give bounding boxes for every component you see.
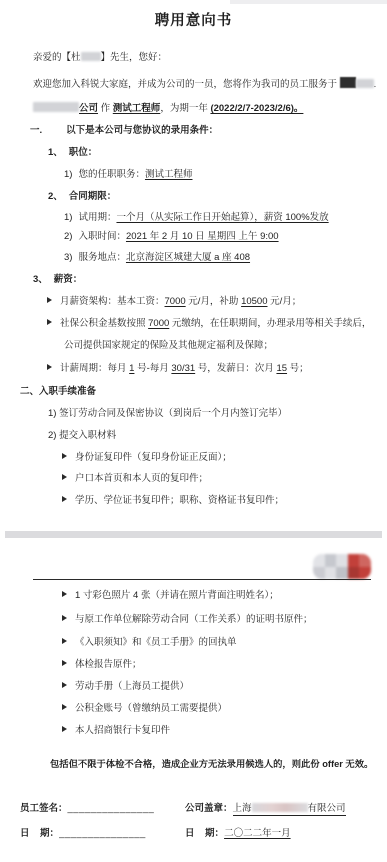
invalidation-note-text: 包括但不限于体检不合格，造成企业方无法录用候选人的，则此份 offer 无效。	[50, 759, 373, 769]
role-name: 测试工程师	[113, 103, 161, 114]
probation-value: 一个月（从实际工作日开始起算），薪资 100%发放	[116, 212, 328, 223]
section-1-number: 一.	[30, 125, 42, 136]
term-number: 2、	[48, 191, 63, 202]
welcome-text: 欢迎您加入科锐大家庭，并成为公司的一员，您将作为我司的员工服务于	[33, 79, 340, 90]
company-seal-label: 公司盖章：	[185, 803, 233, 814]
doc-item-text: 《入职须知》和《员工手册》的回执单	[75, 637, 237, 648]
paycycle-mid1: 号-每月	[134, 363, 171, 374]
list-item: 1 寸彩色照片 4 张（并请在照片背面注明姓名）；	[62, 590, 279, 602]
work-location-value: 北京海淀区城建大厦 a 座 408	[126, 252, 250, 263]
salary-post: 元/月；	[268, 296, 302, 307]
redacted-company-name	[252, 803, 308, 812]
company-name-prefix: 上海	[233, 803, 252, 814]
redacted-client-name-light	[356, 79, 374, 88]
item-label: 您的任职职务：	[72, 169, 145, 180]
arrow-bullet-icon	[62, 704, 67, 710]
employee-date-row: 日 期：_______________	[20, 828, 146, 840]
arrow-bullet-icon	[47, 319, 52, 325]
arrow-bullet-icon	[62, 496, 67, 502]
arrow-bullet-icon	[62, 682, 67, 688]
welcome-line: 欢迎您加入科锐大家庭，并成为公司的一员，您将作为我司的员工服务于 .	[33, 77, 376, 91]
section-2-title: 入职手续准备	[39, 386, 96, 397]
insurance-pre: 社保公积金基数按照	[60, 318, 148, 329]
item-label: 入职时间：	[72, 231, 126, 242]
company-name-suffix: 有限公司	[308, 803, 346, 814]
arrow-bullet-icon	[62, 453, 67, 459]
pay-cycle-item: 计薪周期：每月 1 号-每月 30/31 号，发薪日：次月 15 号；	[47, 363, 309, 375]
term-title: 合同期限：	[63, 191, 117, 202]
list-item: 身份证复印件（复印身份证正反面）；	[62, 452, 232, 464]
company-date-value: 二〇二二年一月	[224, 828, 291, 839]
invalidation-note: 包括但不限于体检不合格，造成企业方无法录用候选人的，则此份 offer 无效。	[50, 758, 375, 770]
redacted-recipient-name	[81, 52, 101, 61]
prep-item-1: 1) 签订劳动合同及保密协议（到岗后一个月内签订完毕）	[48, 408, 287, 420]
greeting-prefix: 亲爱的【杜	[33, 52, 81, 63]
salary-heading: 3、薪资：	[33, 274, 82, 286]
probation-item: 1)试用期：一个月（从实际工作日开始起算），薪资 100%发放	[64, 212, 329, 224]
prep-2-text: 2) 提交入职材料	[48, 430, 116, 441]
company-logo-redacted	[313, 554, 371, 579]
list-item: 本人招商银行卡复印件	[62, 725, 170, 737]
doc-item-text: 与原工作单位解除劳动合同（工作关系）的证明书原件；	[75, 614, 313, 625]
section-1-heading: 一.以下是本公司与您协议的录用条件：	[30, 125, 218, 137]
company-date-label: 日 期：	[185, 828, 224, 839]
doc-item-text: 身份证复印件（复印身份证正反面）；	[75, 452, 232, 463]
company-seal-row: 公司盖章：上海有限公司	[185, 803, 346, 815]
salary-number: 3、	[33, 274, 48, 285]
engagement-mid2: ，为期一年	[160, 103, 210, 114]
salary-mid: 元/月，补助	[186, 296, 241, 307]
job-title-value: 测试工程师	[145, 169, 193, 180]
section-2-number: 二、	[20, 386, 39, 397]
page-title: 聘用意向书	[0, 9, 387, 30]
contract-period: (2022/2/7-2023/2/6)。	[210, 103, 303, 114]
doc-item-text: 本人招商银行卡复印件	[75, 725, 170, 736]
prep-item-2: 2) 提交入职材料	[48, 430, 116, 442]
arrow-bullet-icon	[62, 660, 67, 666]
welcome-period: .	[374, 79, 377, 90]
company-word: 公司	[79, 103, 98, 114]
company-date-row: 日 期：二〇二二年一月	[185, 828, 291, 840]
doc-item-text: 体检报告原件；	[75, 659, 142, 670]
arrow-bullet-icon	[62, 615, 67, 621]
list-item: 学历、学位证书复印件；职称、资格证书复印件；	[62, 495, 284, 507]
doc-item-text: 劳动手册（上海员工提供）	[75, 681, 189, 692]
list-item: 体检报告原件；	[62, 659, 142, 671]
doc-item-text: 户口本首页和本人页的复印件；	[75, 473, 208, 484]
doc-item-text: 公积金账号（曾缴纳员工需要提供）	[75, 703, 227, 714]
position-item: 1)您的任职职务：测试工程师	[64, 169, 192, 181]
arrow-bullet-icon	[62, 638, 67, 644]
salary-pre: 月薪资架构：基本工资：	[60, 296, 165, 307]
section-2-heading: 二、入职手续准备	[20, 386, 96, 398]
company-name-group: 上海有限公司	[233, 803, 346, 816]
employee-signature-label: 员工签名：	[20, 803, 68, 814]
insurance-post: 元缴纳，在任职期间，办理录用等相关手续后，	[169, 318, 371, 329]
employee-date-label: 日 期：	[20, 828, 59, 839]
greeting-line: 亲爱的【杜】先生，您好：	[33, 52, 167, 64]
salary-title: 薪资：	[48, 274, 83, 285]
page-break-bar	[5, 531, 382, 538]
greeting-suffix: 】先生，您好：	[101, 52, 168, 63]
cycle-end-day: 30/31	[171, 363, 195, 374]
salary-structure-item: 月薪资架构：基本工资：7000 元/月，补助 10500 元/月；	[47, 296, 301, 308]
employee-signature-row: 员工签名：_______________	[20, 803, 154, 815]
arrow-bullet-icon	[47, 364, 52, 370]
arrow-bullet-icon	[47, 297, 52, 303]
base-salary-value: 7000	[165, 296, 186, 307]
work-location-item: 3)服务地点：北京海淀区城建大厦 a 座 408	[64, 252, 250, 264]
insurance-continuation-text: 公司提供国家规定的保险及其他规定福利及保障；	[64, 340, 273, 351]
item-label: 服务地点：	[72, 252, 126, 263]
employee-date-blank-line: _______________	[59, 828, 146, 839]
scan-artifact-strip	[230, 0, 387, 4]
term-heading: 2、合同期限：	[48, 191, 116, 203]
insurance-base-value: 7000	[148, 318, 169, 329]
social-insurance-item: 社保公积金基数按照 7000 元缴纳，在任职期间，办理录用等相关手续后，	[47, 318, 371, 330]
arrow-bullet-icon	[62, 726, 67, 732]
engagement-mid1: 作	[98, 103, 113, 114]
start-date-value: 2021 年 2 月 10 日 星期四 上午 9:00	[126, 231, 279, 242]
doc-item-text: 学历、学位证书复印件；职称、资格证书复印件；	[75, 495, 284, 506]
redacted-company-prefix	[33, 102, 79, 112]
arrow-bullet-icon	[62, 591, 67, 597]
paycycle-pre: 计薪周期：每月	[60, 363, 129, 374]
section-1-title: 以下是本公司与您协议的录用条件：	[42, 125, 218, 136]
engagement-line: 公司 作 测试工程师，为期一年 (2022/2/7-2023/2/6)。	[33, 102, 303, 115]
list-item: 《入职须知》和《员工手册》的回执单	[62, 637, 237, 649]
payday-value: 15	[276, 363, 287, 374]
list-item: 公积金账号（曾缴纳员工需要提供）	[62, 703, 227, 715]
list-item: 户口本首页和本人页的复印件；	[62, 473, 208, 485]
social-insurance-continuation: 公司提供国家规定的保险及其他规定福利及保障；	[64, 340, 273, 352]
item-label: 试用期：	[72, 212, 116, 223]
header-rule	[33, 579, 371, 580]
list-item: 劳动手册（上海员工提供）	[62, 681, 189, 693]
paycycle-mid2: 号，发薪日：次月	[195, 363, 276, 374]
position-number: 1、	[48, 147, 63, 158]
doc-item-text: 1 寸彩色照片 4 张（并请在照片背面注明姓名）；	[75, 590, 279, 601]
arrow-bullet-icon	[62, 474, 67, 480]
employee-signature-blank-line: _______________	[68, 803, 155, 814]
position-title: 职位：	[63, 147, 98, 158]
list-item: 与原工作单位解除劳动合同（工作关系）的证明书原件；	[62, 614, 313, 626]
paycycle-post: 号；	[287, 363, 309, 374]
allowance-value: 10500	[241, 296, 267, 307]
prep-1-text: 1) 签订劳动合同及保密协议（到岗后一个月内签订完毕）	[48, 408, 287, 419]
position-heading: 1、职位：	[48, 147, 97, 159]
start-date-item: 2)入职时间：2021 年 2 月 10 日 星期四 上午 9:00	[64, 231, 279, 243]
offer-letter-document: 聘用意向书 亲爱的【杜】先生，您好： 欢迎您加入科锐大家庭，并成为公司的一员，您…	[0, 0, 387, 862]
redacted-client-name-dark	[340, 77, 356, 88]
